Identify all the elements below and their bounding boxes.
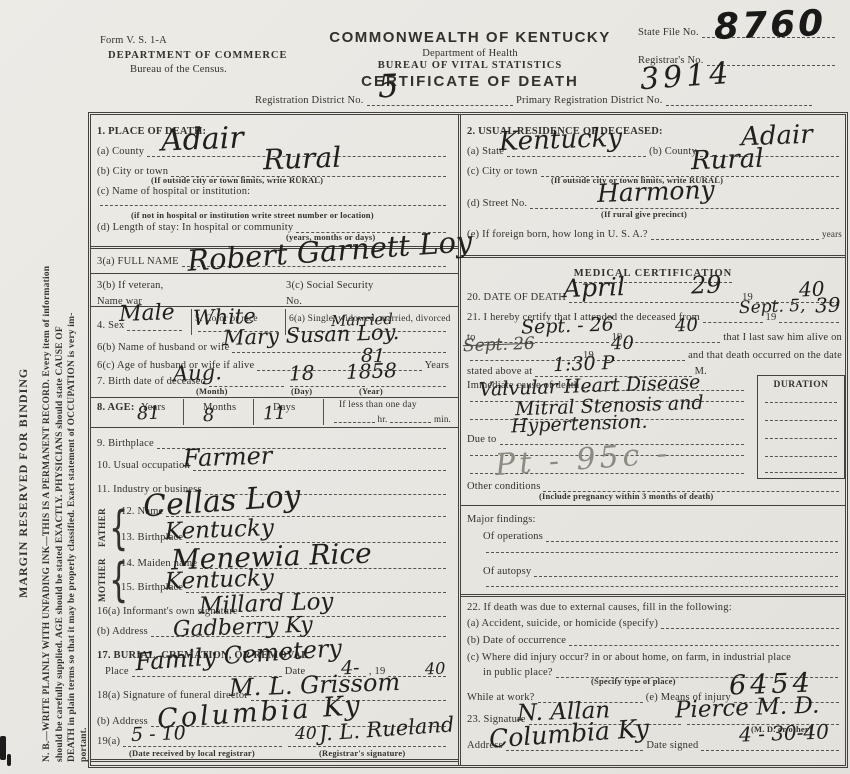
street-location-note: (if not in hospital or institution write… — [131, 211, 374, 220]
less-than-one-day-label: If less than one day — [339, 401, 417, 411]
margin-nb-line1: N. B.—WRITE PLAINLY WITH UNFADING INK—TH… — [42, 266, 52, 762]
hr-label: hr. — [378, 415, 388, 424]
margin-nb-line2: should be carefully supplied. AGE should… — [55, 326, 65, 762]
certify-line3: and that death occurred on the date — [688, 351, 842, 362]
commonwealth-title: COMMONWEALTH OF KENTUCKY — [329, 30, 611, 45]
accident-suicide-label: (a) Accident, suicide, or homicide (spec… — [467, 619, 658, 630]
sex-value-handwritten: Male — [119, 302, 175, 326]
last-seen-handwritten: Sept. 26 — [463, 336, 535, 355]
age-label: 8. AGE: — [97, 403, 135, 414]
attend-to-year-handwritten: 40 — [675, 317, 699, 336]
birth-month-sublabel: (Month) — [196, 387, 228, 396]
death-certificate-scan: { "margin": { "binding": "MARGIN RESERVE… — [0, 0, 850, 774]
scan-artifact — [0, 736, 6, 760]
full-name-value-handwritten: Robert Garnett Loy — [186, 227, 473, 276]
physician-signature-last-handwritten: Pierce M. D. — [675, 694, 820, 722]
birth-month-handwritten: Aug. — [173, 362, 223, 385]
due-to-handwritten: Hypertension. — [511, 413, 648, 437]
margin-binding-note: MARGIN RESERVED FOR BINDING — [16, 368, 31, 598]
occupation-value-handwritten: Farmer — [183, 443, 273, 470]
birth-day-sublabel: (Day) — [291, 387, 312, 396]
registrar-year-handwritten: 40 — [295, 726, 317, 743]
primary-registration-district-value: 3914 — [639, 59, 733, 95]
certify-line4: stated above at — [467, 367, 532, 378]
registration-district-value: 5 — [377, 70, 398, 103]
age-years-handwritten: 81 — [137, 405, 161, 424]
duration-label: DURATION — [773, 381, 828, 391]
residence-state-handwritten: Kentucky — [499, 125, 623, 155]
registration-district-label: Registration District No. — [255, 96, 364, 107]
county-value-handwritten: Adair — [161, 124, 245, 157]
min-label: min. — [434, 415, 451, 424]
burial-year-handwritten: 40 — [425, 661, 446, 678]
column-divider — [458, 115, 461, 765]
spouse-age-years-suffix: Years — [425, 361, 449, 372]
residence-city-label: (c) City or town — [467, 167, 538, 178]
registrar-date-handwritten: 5 - 10 — [131, 724, 186, 745]
spouse-name-label: 6(b) Name of husband or wife — [97, 343, 229, 354]
age-months-handwritten: 8 — [203, 407, 215, 425]
primary-registration-district-label: Primary Registration District No. — [516, 96, 663, 107]
street-no-label: (d) Street No. — [467, 199, 527, 210]
date-of-death-label: 20. DATE OF DEATH — [467, 293, 566, 304]
mother-birthplace-handwritten: Kentucky — [165, 567, 275, 594]
last-seen-year-handwritten: 40 — [611, 335, 635, 354]
birth-year-handwritten: 1858 — [346, 360, 398, 382]
county-label: (a) County — [97, 147, 144, 158]
due-to-label: Due to — [467, 435, 497, 446]
age-days-handwritten: 11 — [263, 405, 287, 424]
burial-place-label: Place — [105, 667, 129, 678]
father-side-label: FATHER — [97, 508, 107, 547]
date-received-note: (Date received by local registrar) — [129, 749, 255, 758]
registrar-received-label: 19(a) — [97, 737, 120, 748]
major-findings-title: Major findings: — [467, 515, 536, 526]
certify-line2: that I last saw him alive on — [723, 333, 842, 344]
bureau-of-census: Bureau of the Census. — [130, 65, 227, 76]
external-causes-title: 22. If death was due to external causes,… — [467, 603, 732, 614]
where-injury-line2: in public place? — [483, 668, 553, 679]
form-number: Form V. S. 1-A — [100, 36, 167, 47]
state-file-no-value: 8760 — [713, 6, 826, 46]
full-name-label: 3(a) FULL NAME — [97, 257, 179, 268]
other-conditions-label: Other conditions — [467, 482, 540, 493]
of-autopsy-label: Of autopsy — [483, 567, 531, 578]
length-of-stay-label: (d) Length of stay: In hospital or commu… — [97, 223, 293, 234]
state-file-no-label: State File No. — [638, 28, 699, 39]
death-time-handwritten: 1:30 P — [553, 354, 615, 375]
margin-nb-line3: DEATH in plain terms so that it may be p… — [67, 312, 77, 762]
attend-from-year-handwritten: 39 — [815, 295, 841, 316]
registrar-signature-note: (Registrar's signature) — [319, 749, 405, 758]
city-town-value-handwritten: Rural — [263, 144, 342, 175]
occupation-label: 10. Usual occupation — [97, 461, 190, 472]
attend-from-handwritten: Sept. 5, — [739, 298, 806, 317]
birthplace-label: 9. Birthplace — [97, 439, 154, 450]
dept-of-health: Department of Health — [422, 49, 518, 60]
rural-note: (If outside city or town limits, write R… — [151, 176, 323, 185]
attend-to-handwritten: Sept. - 26 — [521, 315, 614, 337]
foreign-born-years-suffix: years — [822, 230, 842, 239]
duration-box: DURATION — [757, 375, 845, 479]
birth-year-sublabel: (Year) — [359, 387, 383, 396]
hospital-label: (c) Name of hospital or institution: — [97, 187, 250, 198]
birth-day-handwritten: 18 — [289, 363, 315, 384]
date-signed-label: Date signed — [646, 741, 698, 752]
foreign-born-label: (e) If foreign born, how long in U. S. A… — [467, 230, 648, 241]
informant-address-label: (b) Address — [97, 627, 148, 638]
bureau-vital-statistics: BUREAU OF VITAL STATISTICS — [378, 61, 562, 72]
dod-month-handwritten: April — [563, 274, 626, 301]
pregnancy-note: (Include pregnancy within 3 months of de… — [539, 492, 713, 501]
where-injury-line1: (c) Where did injury occur? in or about … — [467, 653, 791, 664]
veteran-label: 3(b) If veteran, — [97, 281, 163, 292]
social-security-label: 3(c) Social Security — [286, 281, 373, 292]
date-signed-handwritten: 4 - 30-40 — [739, 721, 830, 744]
scan-artifact — [7, 754, 11, 766]
date-of-occurrence-label: (b) Date of occurrence — [467, 636, 566, 647]
mother-side-label: MOTHER — [97, 558, 107, 602]
precinct-note: (If rural give precinct) — [601, 210, 687, 219]
of-operations-label: Of operations — [483, 532, 543, 543]
specify-place-note: (Specify type of place) — [591, 677, 676, 686]
residence-city-handwritten: Rural — [691, 146, 764, 175]
department-of-commerce: DEPARTMENT OF COMMERCE — [108, 51, 288, 62]
dod-day-handwritten: 29 — [691, 272, 722, 297]
certificate-form-frame: 1. PLACE OF DEATH: (a) County (b) City o… — [88, 112, 848, 768]
street-no-handwritten: Harmony — [597, 177, 715, 206]
